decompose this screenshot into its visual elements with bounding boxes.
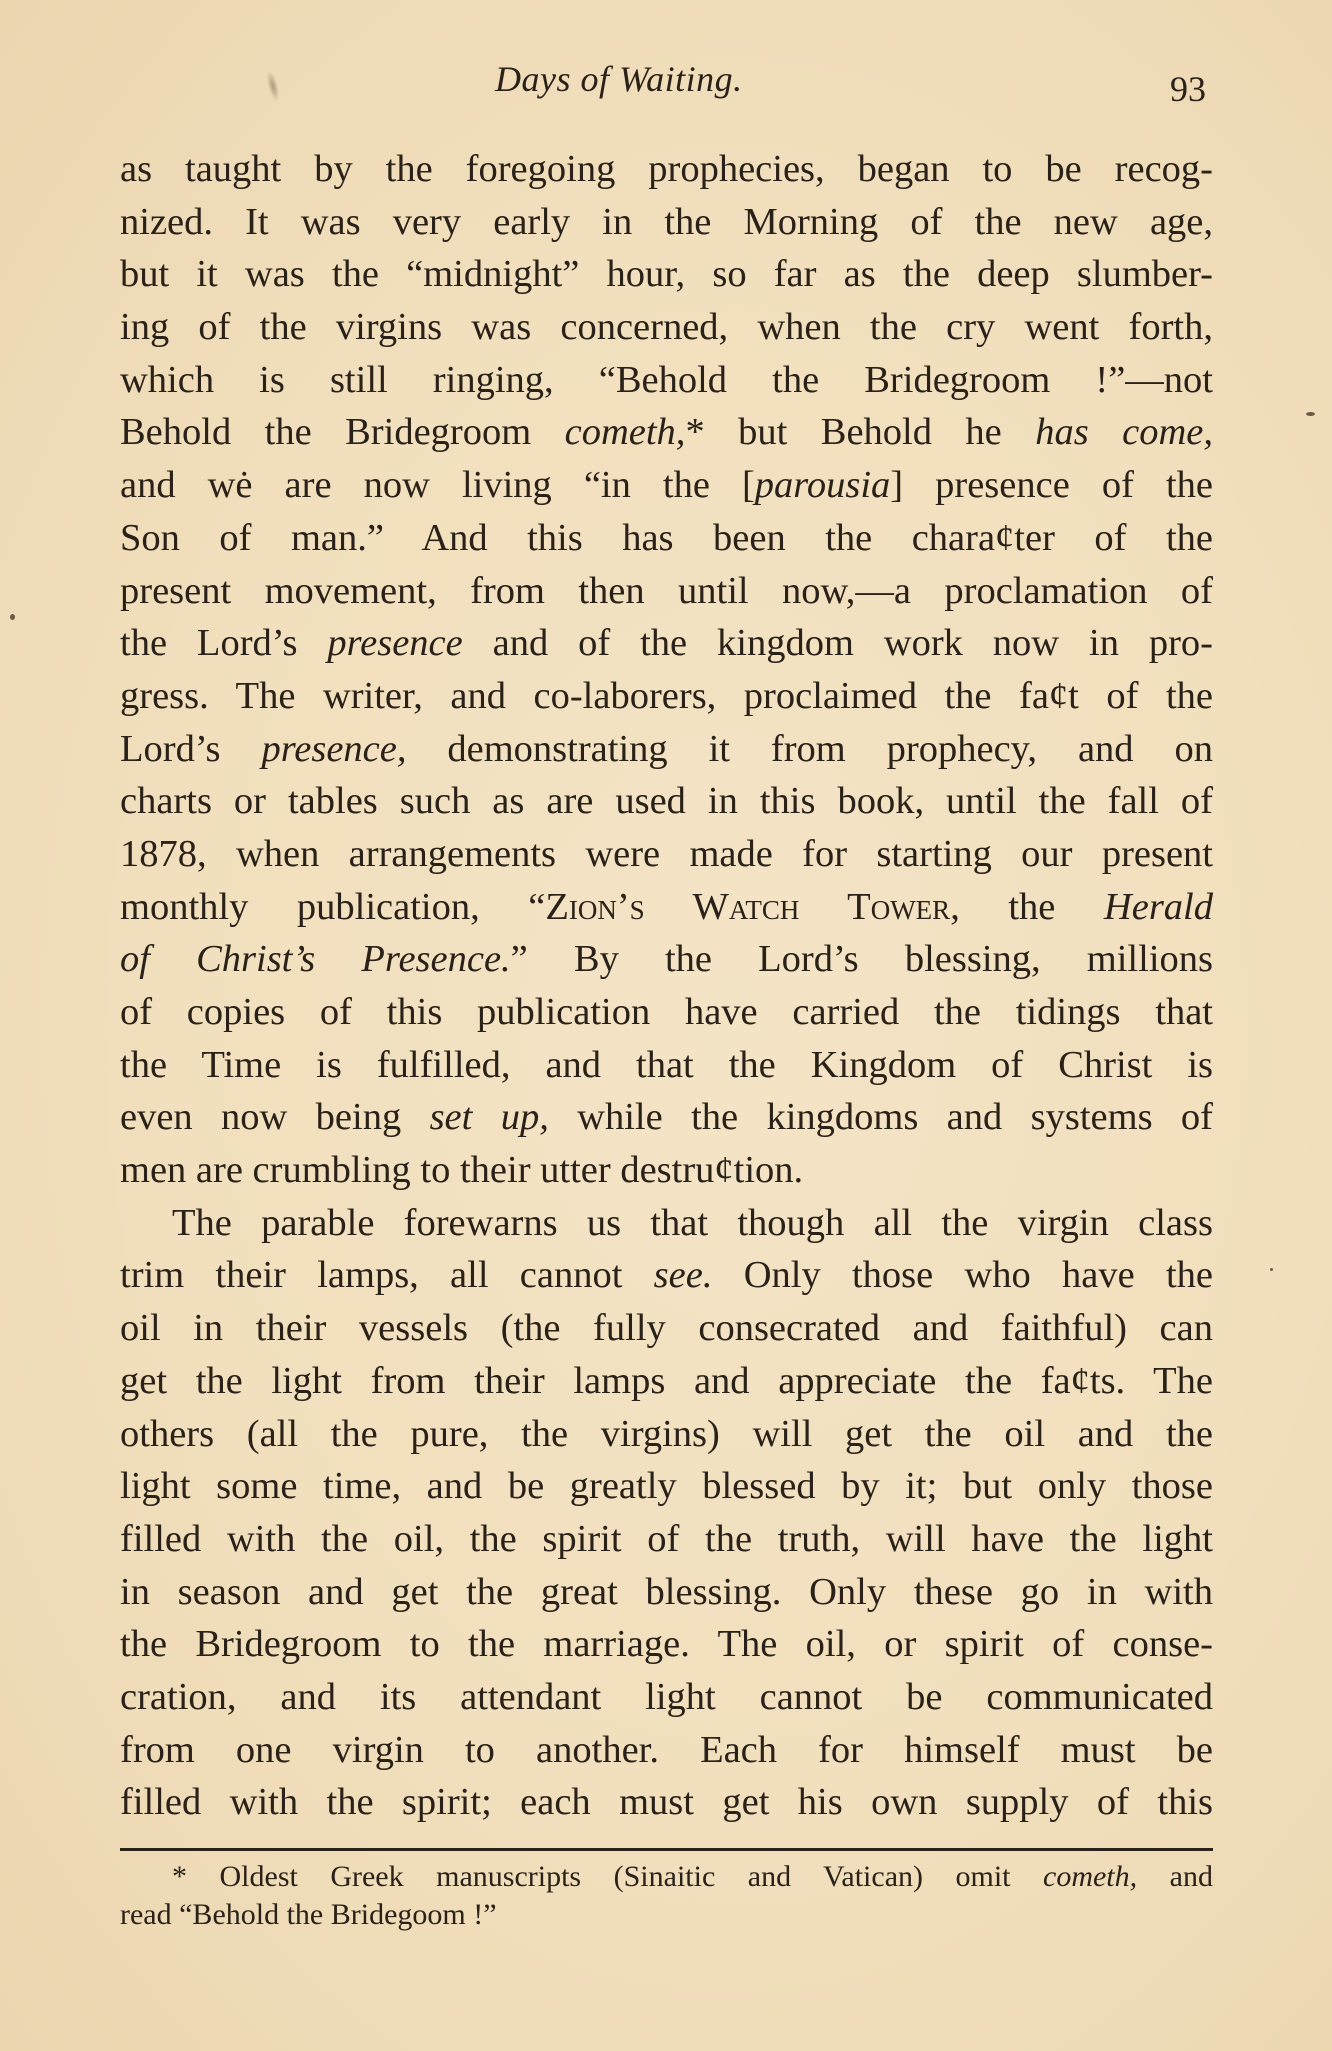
footnote-line: read “Behold the Bridegoom !” [120, 1896, 1213, 1934]
text-line: Behold the Bridegroom cometh,* but Behol… [120, 406, 1213, 459]
text-line: charts or tables such as are used in thi… [120, 775, 1213, 828]
page-number: 93 [1170, 68, 1206, 110]
italic-word: cometh, [565, 411, 686, 453]
footnote-rule [120, 1848, 1213, 1851]
footnote-line: * Oldest Greek manuscripts (Sinaitic and… [120, 1858, 1213, 1896]
text-line: the Bridegroom to the marriage. The oil,… [120, 1618, 1213, 1671]
text-line: trim their lamps, all cannot see. Only t… [120, 1249, 1213, 1302]
text-line: ing of the virgins was concerned, when t… [120, 301, 1213, 354]
text-line: nized. It was very early in the Morning … [120, 196, 1213, 249]
text-line: filled with the oil, the spirit of the t… [120, 1513, 1213, 1566]
text-line: men are crumbling to their utter destru¢… [120, 1144, 1213, 1197]
text-line: The parable forewarns us that though all… [120, 1197, 1213, 1250]
margin-speck [1270, 1268, 1273, 1271]
italic-word: set up, [430, 1096, 549, 1138]
text-line: present movement, from then until now,—a… [120, 565, 1213, 618]
text-line: which is still ringing, “Behold the Brid… [120, 354, 1213, 407]
text-line: of copies of this publication have carri… [120, 986, 1213, 1039]
italic-word: of Christ’s Presence. [120, 938, 511, 980]
italic-word: presence [327, 622, 462, 664]
text-line: even now being set up, while the kingdom… [120, 1091, 1213, 1144]
text-line: Lord’s presence, demonstrating it from p… [120, 723, 1213, 776]
text-line: 1878, when arrangements were made for st… [120, 828, 1213, 881]
text-line: in season and get the great blessing. On… [120, 1566, 1213, 1619]
text-line: and wė are now living “in the [parousia]… [120, 459, 1213, 512]
text-line: filled with the spirit; each must get hi… [120, 1776, 1213, 1829]
text-line: others (all the pure, the virgins) will … [120, 1408, 1213, 1461]
footnote: * Oldest Greek manuscripts (Sinaitic and… [120, 1858, 1213, 1934]
italic-word: cometh, [1043, 1860, 1137, 1893]
italic-word: see. [654, 1254, 713, 1296]
text-line: get the light from their lamps and appre… [120, 1355, 1213, 1408]
italic-word: has come, [1035, 411, 1213, 453]
italic-word: Herald [1104, 886, 1213, 928]
book-page: Days of Waiting. 93 as taught by the for… [0, 0, 1332, 2051]
margin-speck [1306, 412, 1315, 416]
text-line: oil in their vessels (the fully consecra… [120, 1302, 1213, 1355]
running-title: Days of Waiting. [495, 58, 743, 100]
text-line: but it was the “midnight” hour, so far a… [120, 248, 1213, 301]
italic-word: parousia [755, 464, 890, 506]
text-line: as taught by the foregoing prophecies, b… [120, 143, 1213, 196]
text-line: Son of man.” And this has been the chara… [120, 512, 1213, 565]
text-line: the Time is fulfilled, and that the King… [120, 1039, 1213, 1092]
small-caps-title: Zion’s Watch Tower [545, 886, 950, 928]
running-head: Days of Waiting. 93 [0, 58, 1332, 108]
text-line: from one virgin to another. Each for him… [120, 1724, 1213, 1777]
margin-speck [10, 614, 15, 620]
text-line: monthly publication, “Zion’s Watch Tower… [120, 881, 1213, 934]
text-line: gress. The writer, and co-laborers, proc… [120, 670, 1213, 723]
text-line: light some time, and be greatly blessed … [120, 1460, 1213, 1513]
italic-word: presence, [261, 728, 406, 770]
text-line: cration, and its attendant light cannot … [120, 1671, 1213, 1724]
text-line: the Lord’s presence and of the kingdom w… [120, 617, 1213, 670]
text-line: of Christ’s Presence.” By the Lord’s ble… [120, 933, 1213, 986]
body-text: as taught by the foregoing prophecies, b… [120, 143, 1213, 1829]
